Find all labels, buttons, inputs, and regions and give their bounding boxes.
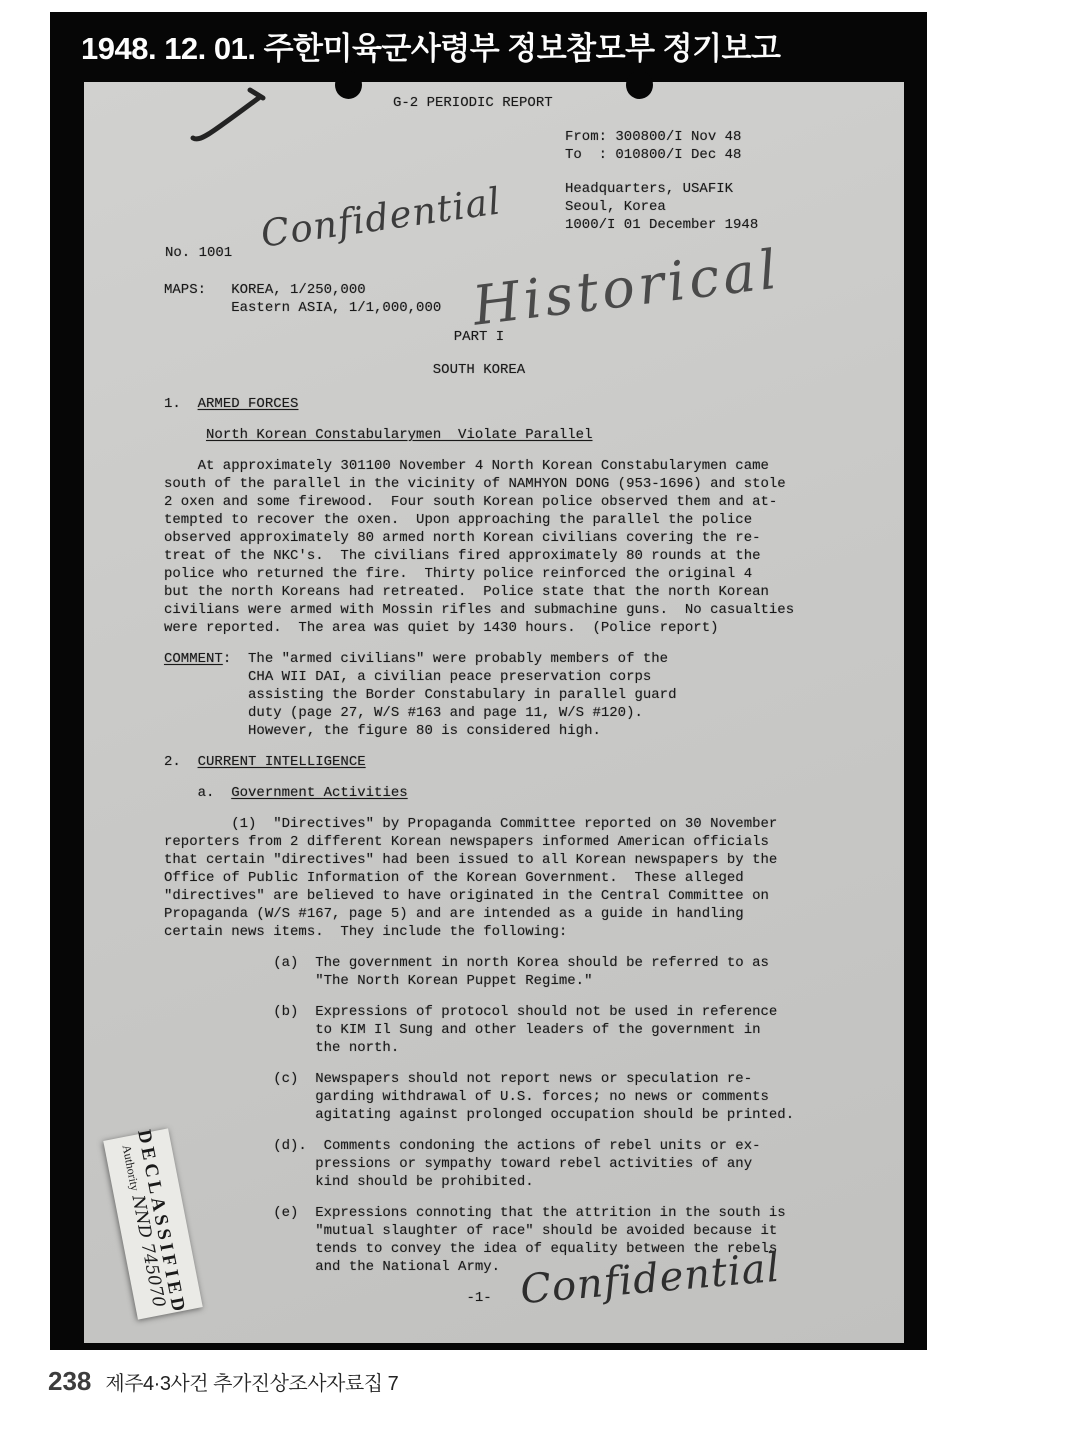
typed-block: At approximately 301100 November 4 North…	[164, 457, 794, 637]
typed-block: a. Government Activities	[164, 784, 794, 802]
page: 1948. 12. 01. 주한미육군사령부 정보참모부 정기보고 G-2 PE…	[0, 0, 1080, 1439]
punch-hole-icon	[626, 71, 653, 99]
book-title: 제주4·3사건 추가진상조사자료집 7	[105, 1367, 398, 1396]
document-paper: G-2 PERIODIC REPORT From: 300800/I Nov 4…	[84, 82, 904, 1343]
pen-checkmark-icon	[188, 84, 278, 146]
report-body: 1. ARMED FORCES North Korean Constabular…	[164, 395, 794, 1307]
scanned-document: 1948. 12. 01. 주한미육군사령부 정보참모부 정기보고 G-2 PE…	[50, 12, 927, 1350]
typed-block: (a) The government in north Korea should…	[164, 954, 794, 990]
typed-block: (1) "Directives" by Propaganda Committee…	[164, 815, 794, 941]
typed-block: 1. ARMED FORCES	[164, 395, 794, 413]
typed-block: (b) Expressions of protocol should not b…	[164, 1003, 794, 1057]
region-heading: SOUTH KOREA	[84, 361, 874, 379]
report-issuer: Headquarters, USAFIK Seoul, Korea 1000/I…	[565, 180, 758, 234]
report-title: G-2 PERIODIC REPORT	[393, 94, 553, 112]
typed-block: (d). Comments condoning the actions of r…	[164, 1137, 794, 1191]
report-period: From: 300800/I Nov 48 To : 010800/I Dec …	[565, 128, 741, 164]
typed-block: (c) Newspapers should not report news or…	[164, 1070, 794, 1124]
maps-reference: MAPS: KOREA, 1/250,000 Eastern ASIA, 1/1…	[164, 281, 441, 317]
book-footer: 238 제주4·3사건 추가진상조사자료집 7	[48, 1366, 398, 1397]
handwritten-confidential-top: Confidential	[258, 179, 504, 255]
report-number: No. 1001	[165, 244, 232, 262]
typed-block: North Korean Constabularymen Violate Par…	[164, 426, 794, 444]
handwritten-historical: Historical	[469, 237, 783, 337]
typed-block: 2. CURRENT INTELLIGENCE	[164, 753, 794, 771]
caption-banner-title: 1948. 12. 01. 주한미육군사령부 정보참모부 정기보고	[81, 26, 780, 72]
book-page-number: 238	[48, 1366, 91, 1397]
part-heading: PART I	[84, 328, 874, 346]
punch-hole-icon	[335, 71, 362, 99]
typed-block: COMMENT: The "armed civilians" were prob…	[164, 650, 794, 740]
stamp-authority-label: Authority	[119, 1143, 143, 1192]
